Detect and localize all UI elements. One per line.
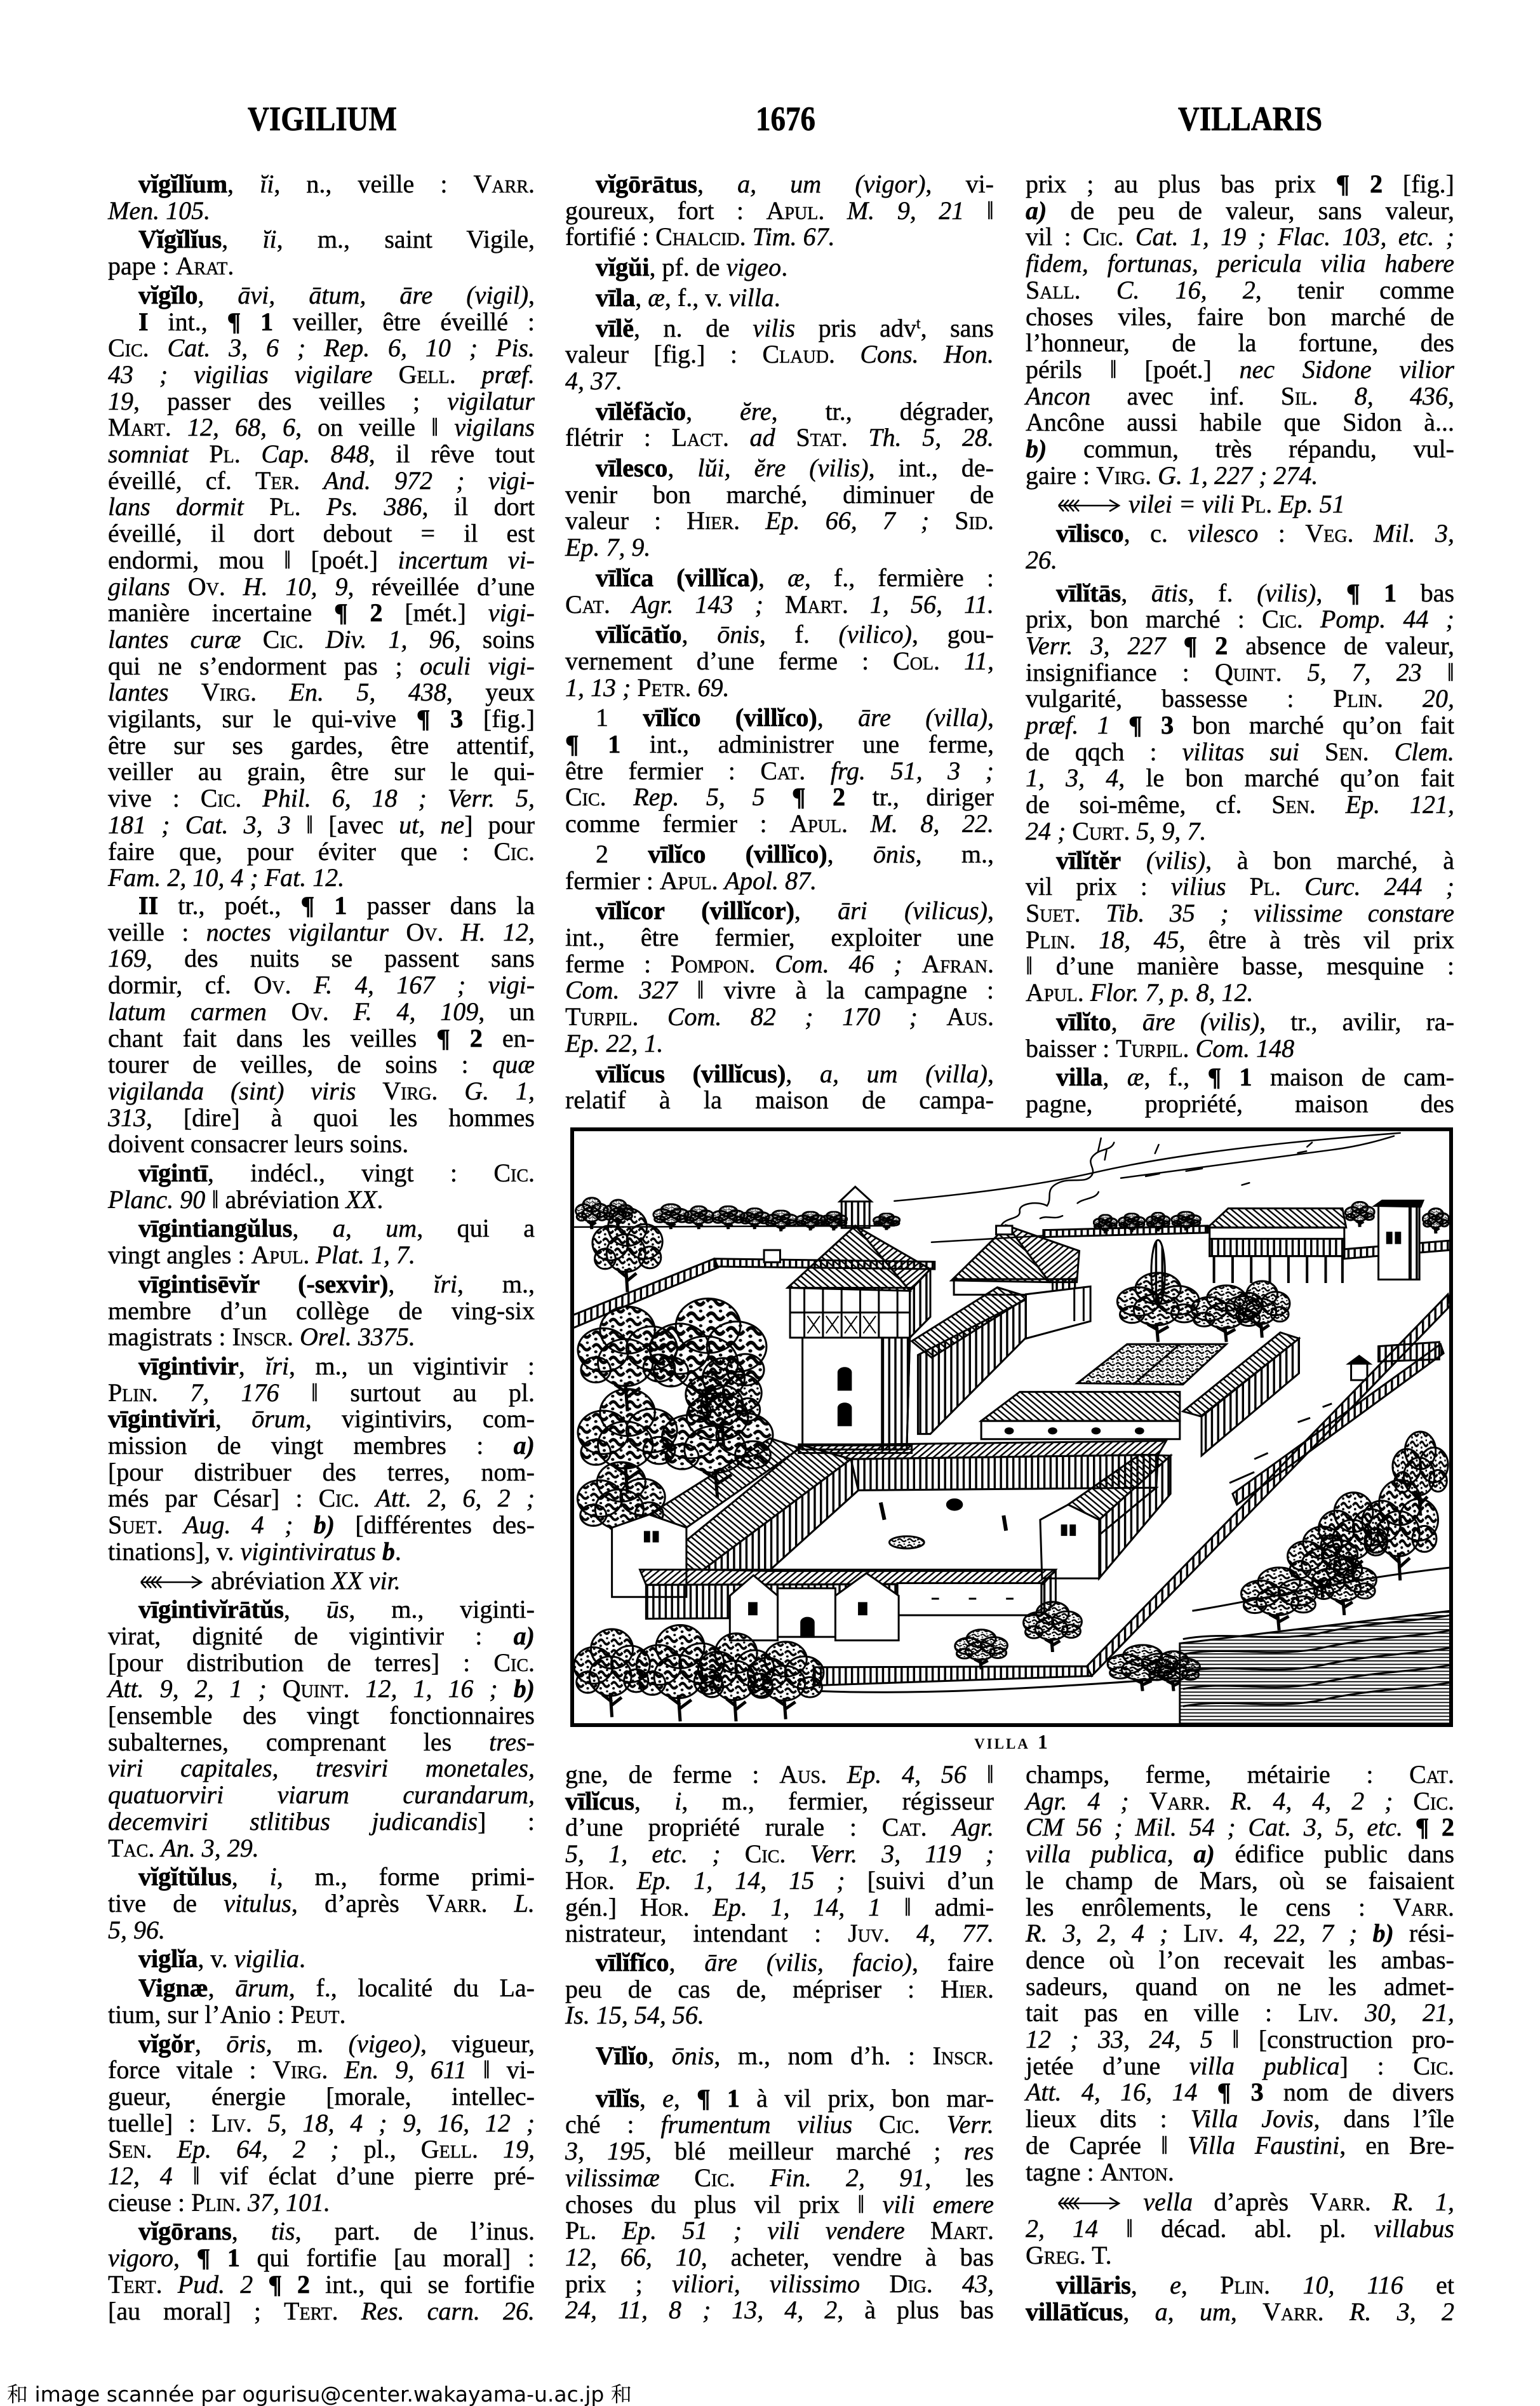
latin-citation: vigilatur xyxy=(447,387,535,415)
author-abbrev: Cat. xyxy=(565,590,610,619)
author-abbrev: Greg. T. xyxy=(1026,2241,1112,2269)
author-abbrev: Cic. xyxy=(1413,1787,1454,1815)
text-line: mission de vingt membres : a) xyxy=(108,1432,535,1459)
latin-citation: a, um xyxy=(333,1214,417,1242)
latin-citation: Agr. 4 ; xyxy=(1026,1787,1129,1815)
text-line: périls ‖ [poét.] nec Sidone vilior xyxy=(1026,356,1454,383)
author-abbrev: Pl. xyxy=(269,492,300,521)
latin-citation: Ep. 121, xyxy=(1346,790,1454,819)
author-abbrev: Pl. xyxy=(1250,872,1281,901)
latin-citation: villa publica xyxy=(1189,2052,1340,2080)
dictionary-entry: vīgintisēvĭr (-sexvir), ĭri, m.,membre d… xyxy=(108,1271,535,1350)
text-line: 19, passer des veilles ; vigilatur xyxy=(108,388,535,415)
text-line: vīlĭca (villĭca), æ, f., fermière : xyxy=(565,565,994,591)
latin-citation: decemviri stlitibus judicandis xyxy=(108,1807,478,1836)
text-line: vīgintivĭri, ōrum, vigintivirs, com- xyxy=(108,1406,535,1432)
dictionary-entry: vĭgŏr, ōris, m. (vigeo), vigueur,force v… xyxy=(108,2031,535,2216)
sense-label: a) xyxy=(514,1622,535,1650)
text-line: vil : Cic. Cat. 1, 19 ; Flac. 103, etc. … xyxy=(1026,224,1454,250)
author-abbrev: Cic. xyxy=(694,2163,735,2192)
text-line: 12 ; 33, 24, 5 ‖ [construction pro- xyxy=(1026,2026,1454,2053)
text-line: abréviation XX vir. xyxy=(108,1568,535,1594)
latin-citation: a, um (villa) xyxy=(820,1059,988,1088)
scan-credit-footer: 和 image scannée par ogurisu@center.wakay… xyxy=(7,2384,632,2405)
latin-citation: ut, ne xyxy=(399,810,464,839)
dictionary-entry: vīgintivĭrātŭs, ūs, m., viginti-virat, d… xyxy=(108,1596,535,1861)
latin-citation: 5, 9, 7. xyxy=(1136,817,1206,845)
latin-citation: And. 972 ; vigi- xyxy=(323,466,535,495)
author-abbrev: Sen. xyxy=(1271,790,1316,819)
latin-citation: quatuorviri viarum curandarum, xyxy=(108,1780,535,1809)
text-line: vīlĕfăcĭo, ĕre, tr., dégrader, xyxy=(565,398,994,425)
figure-caption-number: 1 xyxy=(1038,1730,1048,1753)
author-abbrev: Sen. xyxy=(108,2135,152,2163)
author-abbrev: Petr. xyxy=(637,673,691,702)
latin-citation: ĭri xyxy=(433,1270,457,1298)
text-line: chant fait dans les veilles ¶ 2 en- xyxy=(108,1025,535,1052)
latin-citation: lantes xyxy=(108,678,169,706)
text-line: Sall. C. 16, 2, tenir comme xyxy=(1026,277,1454,304)
latin-citation: Verr. 3, 119 ; xyxy=(810,1839,994,1868)
latin-citation: ōnis xyxy=(672,2041,714,2070)
dictionary-entry: vīlesco, lŭi, ĕre (vilis), int., de-veni… xyxy=(565,455,994,561)
latin-citation: Com. 82 ; 170 ; xyxy=(667,1002,918,1031)
dictionary-entry: viglĭa, v. vigilia. xyxy=(108,1946,535,1972)
latin-citation: 19, xyxy=(503,2135,535,2163)
latin-citation: æ xyxy=(648,283,665,312)
author-abbrev: Virg. xyxy=(382,1077,438,1105)
text-line: ‖ d’une manière basse, mesquine : xyxy=(1026,953,1454,979)
author-abbrev: Mart. xyxy=(930,2216,994,2245)
latin-citation: Res. carn. 26. xyxy=(361,2297,535,2325)
dictionary-entry: villāris, e, Plin. 10, 116 etvillātĭcus,… xyxy=(1026,2272,1454,2325)
sense-marker: ¶ 2 xyxy=(792,783,845,811)
text-line: vella d’après Varr. R. 1, xyxy=(1026,2189,1454,2215)
author-abbrev: Sen. xyxy=(1325,737,1369,766)
headword: vīlĭs xyxy=(596,2084,639,2113)
latin-citation: Villa Faustini xyxy=(1188,2131,1339,2160)
latin-citation: Phil. 6, 18 ; Verr. 5, xyxy=(262,784,535,812)
text-line: d’une propriété rurale : Cat. Agr. xyxy=(565,1814,994,1841)
text-line: Cic. Cat. 3, 6 ; Rep. 6, 10 ; Pis. xyxy=(108,335,535,361)
text-line: vigoro, ¶ 1 qui fortifie [au moral] : xyxy=(108,2245,535,2271)
latin-citation: Cat. 1, 19 ; Flac. 103, etc. ; xyxy=(1135,222,1454,251)
sense-label: a) xyxy=(1026,196,1047,225)
author-abbrev: Apul. xyxy=(251,1240,310,1269)
dictionary-page: VIGILIUM 1676 VILLARIS vĭgĭlĭum, ĭi, n.,… xyxy=(0,0,1540,2406)
text-line: vīlĭcus, i, m., fermier, régisseur xyxy=(565,1788,994,1815)
author-abbrev: Suet. xyxy=(1026,899,1081,927)
sense-marker: ¶ 2 xyxy=(1184,631,1228,660)
dictionary-entry: vilei = vili Pl. Ep. 51 xyxy=(1026,491,1454,518)
dictionary-entry: vīlĕfăcĭo, ĕre, tr., dégrader,flétrir : … xyxy=(565,398,994,451)
guide-word-left: VIGILIUM xyxy=(248,102,397,136)
text-line: Ancône aussi habile que Sidon à... xyxy=(1026,409,1454,436)
text-line: Hor. Ep. 1, 14, 15 ; [suivi d’un xyxy=(565,1867,994,1894)
latin-citation: ōris xyxy=(226,2029,265,2058)
text-line: subalternes, comprenant les tres- xyxy=(108,1729,535,1756)
dictionary-entry: vīlĭto, āre (vilis), tr., avilir, ra-bai… xyxy=(1026,1009,1454,1061)
author-abbrev: Apul. xyxy=(1026,978,1084,1007)
author-abbrev: Sil. xyxy=(1281,382,1318,410)
author-abbrev: Virg. xyxy=(1096,461,1151,490)
text-line: Vĭgĭlĭus, ĭi, m., saint Vigile, xyxy=(108,226,535,253)
latin-citation: viliori, vilissimo xyxy=(672,2269,860,2298)
latin-citation: lans dormit xyxy=(108,492,244,521)
dictionary-entry: champs, ferme, métairie : Cat.Agr. 4 ; V… xyxy=(1026,1761,1454,2185)
latin-citation: Ep. 22, 1. xyxy=(565,1029,663,1058)
headword: vĭgōrātus xyxy=(596,170,697,198)
author-abbrev: Veg. xyxy=(1305,519,1353,548)
author-abbrev: Aus. xyxy=(779,1760,827,1789)
sense-label: b) xyxy=(514,1674,535,1703)
text-line: veiller au grain, être sur le qui- xyxy=(108,758,535,785)
text-line: Ancon avec inf. Sil. 8, 436, xyxy=(1026,383,1454,410)
text-line: valeur : Hier. Ep. 66, 7 ; Sid. xyxy=(565,507,994,534)
latin-citation: ĭi xyxy=(260,170,274,198)
text-line: int., être fermier, exploiter une xyxy=(565,924,994,951)
author-abbrev: Tert. xyxy=(108,2270,163,2299)
text-line: lans dormit Pl. Ps. 386, il dort xyxy=(108,494,535,520)
sense-marker: ¶ 1 xyxy=(197,2243,240,2272)
latin-citation: 181 ; Cat. 3, 3 xyxy=(108,810,291,839)
dictionary-entry: vīlĕ, n. de vilis pris advt, sansvaleur … xyxy=(565,315,994,394)
author-abbrev: Pl. xyxy=(1241,490,1272,518)
headword: vīgintivĭri xyxy=(108,1404,215,1433)
latin-citation: āri (vilicus) xyxy=(838,896,988,925)
author-abbrev: Dig. xyxy=(889,2269,932,2298)
latin-citation: a, um xyxy=(1155,2297,1231,2326)
latin-citation: Men. 105. xyxy=(108,196,210,225)
author-abbrev: Inscr. xyxy=(933,2041,994,2070)
text-line: II tr., poét., ¶ 1 passer dans la xyxy=(108,892,535,919)
text-line: vĭgĭlo, āvi, ātum, āre (vigil), xyxy=(108,282,535,309)
superscript: t xyxy=(916,315,921,332)
text-line: gaire : Virg. G. 1, 227 ; 274. xyxy=(1026,462,1454,489)
headword: vīgintivir xyxy=(138,1352,239,1380)
latin-citation: 12, 68, 6 xyxy=(187,413,295,441)
text-line: Cic. Rep. 5, 5 ¶ 2 tr., diriger xyxy=(565,784,994,810)
latin-citation: oculi vigi- xyxy=(420,652,535,680)
text-line: Men. 105. xyxy=(108,198,535,224)
latin-citation: āre (vilis) xyxy=(1142,1007,1259,1036)
text-line: 1, 13 ; Petr. 69. xyxy=(565,675,994,701)
latin-citation: fidem, fortunas, pericula vilia habere xyxy=(1026,249,1454,278)
latin-citation: vilitas sui xyxy=(1182,737,1299,766)
author-abbrev: Cic. xyxy=(493,1159,535,1187)
latin-citation: 1, 3, 4 xyxy=(1026,763,1118,792)
dictionary-entry: vīlĭs, e, ¶ 1 à vil prix, bon mar-ché : … xyxy=(565,2085,994,2323)
author-abbrev: Varr. xyxy=(474,170,535,198)
text-line: vīlesco, lŭi, ĕre (vilis), int., de- xyxy=(565,455,994,481)
sense-marker: ¶ 2 xyxy=(436,1024,483,1052)
sense-label: b) xyxy=(1372,1919,1393,1947)
latin-citation: C. 16, 2 xyxy=(1116,276,1255,304)
headword: vīlĕfăcĭo xyxy=(596,397,686,426)
text-line: vernement d’une ferme : Col. 11, xyxy=(565,648,994,675)
figure-caption: VILLA1 xyxy=(940,1731,1082,1757)
latin-citation: H. 10, 9 xyxy=(243,572,348,601)
latin-citation: Flor. 7, p. 8, 12. xyxy=(1090,978,1254,1007)
text-line: l’honneur, de la fortune, des xyxy=(1026,330,1454,356)
text-line: Tert. Pud. 2 ¶ 2 int., qui se fortifie xyxy=(108,2271,535,2298)
author-abbrev: Cic. xyxy=(1413,2052,1454,2080)
sense-marker: ¶ 3 xyxy=(1128,711,1174,739)
text-line: Greg. T. xyxy=(1026,2242,1454,2269)
author-abbrev: Varr. xyxy=(1149,1787,1210,1815)
latin-citation: (vilis) xyxy=(1257,579,1316,607)
text-line: Is. 15, 54, 56. xyxy=(565,2002,994,2029)
author-abbrev: Juv. xyxy=(848,1919,890,1947)
latin-citation: (vigeo) xyxy=(349,2029,420,2058)
headword: vĭgŭi xyxy=(596,253,649,281)
latin-citation: 11, xyxy=(964,647,994,675)
latin-citation: vili emere xyxy=(883,2190,994,2219)
text-line: 169, des nuits se passent sans xyxy=(108,945,535,972)
text-line: insignifiance : Quint. 5, 7, 23 ‖ xyxy=(1026,659,1454,686)
text-line: 4, 37. xyxy=(565,368,994,394)
latin-citation: vigilia xyxy=(234,1944,299,1973)
latin-citation: villabus xyxy=(1374,2214,1454,2243)
text-line: vĭgĭlĭum, ĭi, n., veille : Varr. xyxy=(108,171,535,198)
text-line: ché : frumentum vilius Cic. Verr. xyxy=(565,2111,994,2138)
author-abbrev: Cat. xyxy=(882,1813,927,1841)
text-line: 1, 3, 4, le bon marché qu’on fait xyxy=(1026,765,1454,791)
latin-citation: vilissimæ xyxy=(565,2163,660,2192)
latin-citation: XX vir. xyxy=(331,1566,401,1595)
text-line: vĭgōrans, tis, part. de l’inus. xyxy=(108,2218,535,2245)
text-line: vīlĕ, n. de vilis pris advt, sans xyxy=(565,315,994,342)
latin-citation: Ep. 1, 14, 1 xyxy=(713,1893,881,1921)
latin-citation: Att. 2, 6, 2 ; xyxy=(375,1484,535,1512)
text-line: 26. xyxy=(1026,547,1454,574)
sense-marker: ¶ 2 xyxy=(1336,170,1383,198)
text-line: vigilanda (sint) viris Virg. G. 1, xyxy=(108,1078,535,1105)
text-line: decemviri stlitibus judicandis] : xyxy=(108,1808,535,1835)
column-right-top: prix ; au plus bas prix ¶ 2 [fig.]a) de … xyxy=(1026,171,1454,1117)
latin-citation: XX xyxy=(345,1185,377,1214)
sense-label: b) xyxy=(314,1510,335,1539)
latin-citation: Ep. 51 ; vili vendere xyxy=(622,2216,905,2245)
sense-marker: ¶ 3 xyxy=(1217,2078,1264,2106)
latin-citation: 24 ; xyxy=(1026,817,1066,845)
text-line: villa publica, a) édifice public dans xyxy=(1026,1841,1454,1867)
text-line: Apul. Flor. 7, p. 8, 12. xyxy=(1026,979,1454,1006)
text-line: vingt angles : Apul. Plat. 1, 7. xyxy=(108,1242,535,1268)
author-abbrev: Liv. xyxy=(1298,1998,1339,2027)
text-line: més par César] : Cic. Att. 2, 6, 2 ; xyxy=(108,1485,535,1512)
text-line: Ep. 22, 1. xyxy=(565,1030,994,1057)
text-line: les enrôlements, le cens : Varr. xyxy=(1026,1894,1454,1921)
dictionary-entry: I int., ¶ 1 veiller, être éveillé :Cic. … xyxy=(108,309,535,891)
headword: vīgintisēvĭr (-sexvir) xyxy=(138,1270,388,1298)
text-line: Turpil. Com. 82 ; 170 ; Aus. xyxy=(565,1004,994,1030)
author-abbrev: Curt. xyxy=(1072,817,1130,845)
text-line: prix, bon marché : Cic. Pomp. 44 ; xyxy=(1026,606,1454,633)
sense-marker: ¶ 1 xyxy=(301,891,347,920)
latin-citation: Pomp. 44 ; xyxy=(1320,605,1454,633)
headword: vĭgĭtŭlus xyxy=(138,1862,232,1891)
latin-citation: (vilis) xyxy=(1146,846,1205,875)
latin-citation: H. 12, xyxy=(461,918,535,946)
latin-citation: Ep. 64, 2 ; xyxy=(177,2135,339,2163)
author-abbrev: Chalcid. xyxy=(655,222,746,251)
text-line: Pl. Ep. 51 ; vili vendere Mart. xyxy=(565,2217,994,2244)
latin-citation: 26. xyxy=(1026,546,1057,574)
headword: vĭgŏr xyxy=(138,2029,195,2058)
dictionary-entry: gne, de ferme : Aus. Ep. 4, 56 ‖vīlĭcus,… xyxy=(565,1761,994,1947)
latin-citation: En. 9, 611 xyxy=(344,2055,467,2084)
text-line: prix ; viliori, vilissimo Dig. 43, xyxy=(565,2271,994,2297)
latin-citation: F. 4, 109 xyxy=(353,997,478,1026)
latin-citation: Verr. 3, 227 xyxy=(1026,631,1166,660)
author-abbrev: Cic. xyxy=(745,1839,786,1868)
sense-marker: ¶ 1 xyxy=(697,2084,740,2113)
dictionary-entry: vĭgĭlo, āvi, ātum, āre (vigil), xyxy=(108,282,535,309)
headword: vĭgĭlo xyxy=(138,281,198,309)
author-abbrev: Liv. xyxy=(211,2109,252,2137)
text-line: peu de cas de, mépriser : Hier. xyxy=(565,1976,994,2003)
text-line: Att. 9, 2, 1 ; Quint. 12, 1, 16 ; b) xyxy=(108,1676,535,1702)
author-abbrev: Cat. xyxy=(1409,1760,1454,1789)
latin-citation: Verr. xyxy=(947,2110,994,2139)
author-abbrev: Cic. xyxy=(879,2110,920,2139)
text-line: vīlĭcātĭo, ōnis, f. (vilico), gou- xyxy=(565,621,994,648)
latin-citation: 43 ; vigilias vigilare xyxy=(108,360,373,389)
text-line: tium, sur l’Anio : Peut. xyxy=(108,2001,535,2028)
dictionary-entry: vīlĭtās, ātis, f. (vilis), ¶ 1 basprix, … xyxy=(1026,580,1454,845)
latin-citation: Att. 9, 2, 1 ; xyxy=(108,1674,267,1703)
latin-citation: quæ xyxy=(492,1050,535,1079)
text-line: être sur ses gardes, être attentif, xyxy=(108,732,535,759)
latin-citation: tres- xyxy=(489,1728,535,1756)
text-line: Ep. 7, 9. xyxy=(565,534,994,561)
dictionary-entry: vīgintī, indécl., vingt : Cic.Planc. 90 … xyxy=(108,1160,535,1213)
text-line: choses viles, faire bon marché de xyxy=(1026,304,1454,330)
latin-citation: villa publica xyxy=(1026,1839,1167,1868)
sense-marker: ¶ 2 xyxy=(1416,1813,1454,1841)
text-line: lantes curæ Cic. Div. 1, 96, soins xyxy=(108,626,535,653)
dictionary-entry: vīlĭcus (villĭcus), a, um (villa),relati… xyxy=(565,1061,994,1113)
latin-citation: viri capitales, tresviri monetales, xyxy=(108,1754,535,1782)
author-abbrev: Ov. xyxy=(188,572,225,601)
latin-citation: Pud. 2 xyxy=(178,2270,253,2299)
text-line: Tac. An. 3, 29. xyxy=(108,1835,535,1862)
latin-citation: Com. 46 ; xyxy=(775,950,902,978)
latin-citation: i xyxy=(270,1862,277,1891)
latin-citation: lŭi, ĕre (vilis) xyxy=(697,454,868,482)
text-line: nistrateur, intendant : Juv. 4, 77. xyxy=(565,1920,994,1947)
latin-citation: res xyxy=(964,2137,994,2165)
text-line: 24, 11, 8 ; 13, 4, 2, à plus bas xyxy=(565,2297,994,2323)
latin-citation: 12, 4 xyxy=(108,2161,173,2190)
latin-citation: 5, 7, 23 xyxy=(1308,658,1422,687)
author-abbrev: Claud. xyxy=(763,340,835,368)
dictionary-entry: II tr., poét., ¶ 1 passer dans laveille … xyxy=(108,892,535,1157)
text-line: éveillé, cf. Ter. And. 972 ; vigi- xyxy=(108,467,535,494)
author-abbrev: Liv. xyxy=(1183,1919,1224,1947)
text-line: tinations], v. vigintiviratus b. xyxy=(108,1538,535,1565)
latin-citation: En. 5, 438 xyxy=(290,678,446,706)
dictionary-entry: Vĭgĭlĭus, ĭi, m., saint Vigile,pape : Ar… xyxy=(108,226,535,279)
text-line: relatif à la maison de campa- xyxy=(565,1087,994,1113)
text-line: Fam. 2, 10, 4 ; Fat. 12. xyxy=(108,864,535,891)
latin-citation: Ep. 51 xyxy=(1278,490,1344,518)
author-abbrev: Cic. xyxy=(201,784,242,812)
author-abbrev: Mart. xyxy=(108,413,171,441)
latin-citation: noctes vigilantur xyxy=(206,918,389,946)
text-line: villātĭcus, a, um, Varr. R. 3, 2 xyxy=(1026,2299,1454,2325)
latin-citation: a, um (vigor) xyxy=(737,170,925,198)
author-abbrev: Sid. xyxy=(954,506,994,535)
text-line: 181 ; Cat. 3, 3 ‖ [avec ut, ne] pour xyxy=(108,812,535,838)
author-abbrev: Lact. xyxy=(672,423,729,452)
text-line: de soi-même, cf. Sen. Ep. 121, xyxy=(1026,791,1454,818)
author-abbrev: Plin. xyxy=(1026,925,1076,954)
latin-citation: vigeo xyxy=(726,253,782,281)
text-line: 313, [dire] à quoi les hommes xyxy=(108,1105,535,1131)
author-abbrev: Cic. xyxy=(319,1484,360,1512)
dictionary-entry: vīgintiangŭlus, a, um, qui avingt angles… xyxy=(108,1215,535,1268)
latin-citation: Ep. 7, 9. xyxy=(565,533,650,561)
text-line: somniat Pl. Cap. 848, il rêve tout xyxy=(108,441,535,467)
latin-citation: 5, 1, etc. ; xyxy=(565,1839,721,1868)
text-line: fortifié : Chalcid. Tim. 67. xyxy=(565,224,994,250)
text-line: vīgintiangŭlus, a, um, qui a xyxy=(108,1215,535,1242)
text-line: 3, 195, blé meilleur marché ; res xyxy=(565,2138,994,2165)
latin-citation: 10, 116 xyxy=(1302,2271,1403,2299)
text-line: qui ne s’endorment pas ; oculi vigi- xyxy=(108,653,535,680)
text-line: vĭgŏr, ōris, m. (vigeo), vigueur, xyxy=(108,2031,535,2057)
sense-marker: ¶ 1 xyxy=(227,307,274,336)
dictionary-entry: vĭgĭtŭlus, i, m., forme primi-tive de vi… xyxy=(108,1864,535,1943)
headword: vīlĭtās xyxy=(1056,579,1121,607)
latin-citation: Cap. 848 xyxy=(261,440,368,468)
sense-label: b xyxy=(382,1537,395,1566)
latin-citation: Cons. Hon. xyxy=(860,340,994,368)
column-right-bottom: champs, ferme, métairie : Cat.Agr. 4 ; V… xyxy=(1026,1761,1454,2325)
text-line: endormi, mou ‖ [poét.] incertum vi- xyxy=(108,547,535,574)
dictionary-entry: vīlĭfĭco, āre (vilis, facio), fairepeu d… xyxy=(565,1949,994,2029)
text-line: magistrats : Inscr. Orel. 3375. xyxy=(108,1324,535,1350)
latin-citation: frumentum vilius xyxy=(660,2110,852,2139)
text-line: prix ; au plus bas prix ¶ 2 [fig.] xyxy=(1026,171,1454,198)
latin-citation: Ep. 4, 56 xyxy=(847,1760,967,1789)
text-line: tagne : Anton. xyxy=(1026,2159,1454,2186)
text-line: vulgarité, bassesse : Plin. 20, xyxy=(1026,685,1454,712)
latin-citation: ōrum xyxy=(251,1404,305,1433)
headword: villātĭcus xyxy=(1026,2297,1123,2326)
text-line: gne, de ferme : Aus. Ep. 4, 56 ‖ xyxy=(565,1761,994,1788)
text-line: vīgintivir, ĭri, m., un vigintivir : xyxy=(108,1353,535,1380)
latin-citation: præf. xyxy=(482,360,535,389)
text-line: force vitale : Virg. En. 9, 611 ‖ vi- xyxy=(108,2057,535,2083)
dictionary-entry: vīlĭca (villĭca), æ, f., fermière :Cat. … xyxy=(565,565,994,617)
latin-citation: æ xyxy=(1127,1063,1144,1091)
headword: vīlĭco (villĭco) xyxy=(643,703,817,732)
latin-citation: Apol. 87. xyxy=(725,866,817,895)
latin-citation: 3, 195 xyxy=(565,2137,645,2165)
latin-citation: R. 3, 2, 4 ; xyxy=(1026,1919,1168,1947)
author-abbrev: Cic. xyxy=(1262,605,1303,633)
text-line: Planc. 90 ‖ abréviation XX. xyxy=(108,1186,535,1213)
latin-citation: vigi- xyxy=(488,598,535,627)
dictionary-entry: vīla, æ, f., v. villa. xyxy=(565,285,994,311)
text-line: pape : Arat. xyxy=(108,253,535,279)
latin-citation: ātis xyxy=(1151,579,1188,607)
text-line: être fermier : Cat. frg. 51, 3 ; xyxy=(565,758,994,784)
latin-citation: Com. 327 xyxy=(565,976,677,1004)
